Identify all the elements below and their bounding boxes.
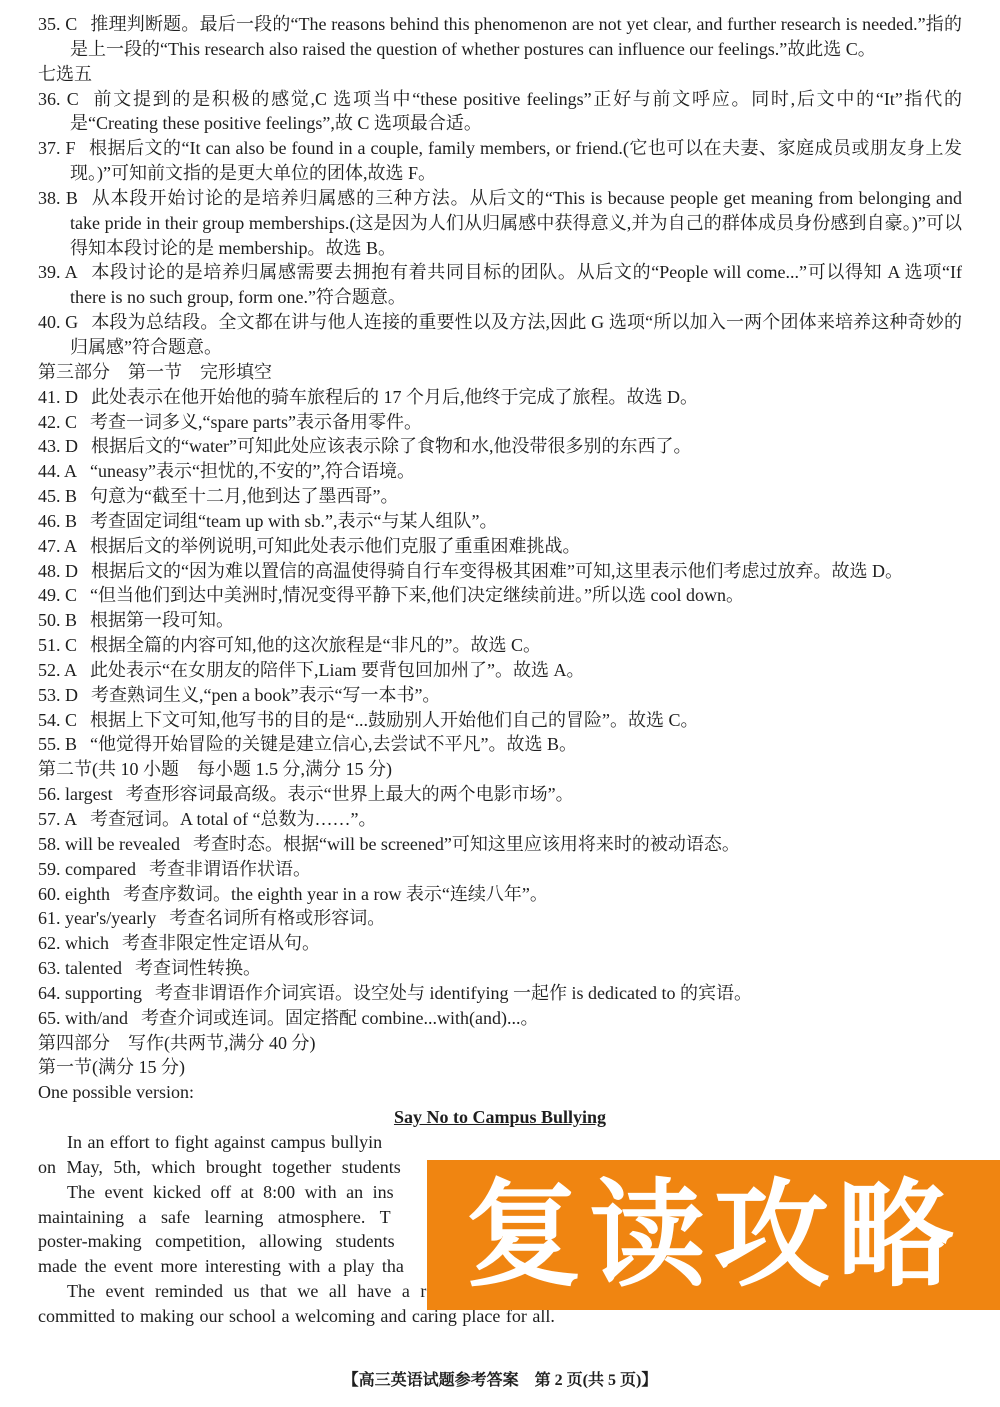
essay-title: Say No to Campus Bullying xyxy=(38,1105,962,1130)
answer-text: 根据后文的“因为难以置信的高温使得骑自行车变得极其困难”可知,这里表示他们考虑过… xyxy=(91,561,903,581)
answer-item: 48. D根据后文的“因为难以置信的高温使得骑自行车变得极其困难”可知,这里表示… xyxy=(38,559,962,584)
answer-text: 句意为“截至十二月,他到达了墨西哥”。 xyxy=(90,486,398,506)
essay-line: In an effort to fight against campus bul… xyxy=(38,1130,962,1155)
answer-label: 51. C xyxy=(38,635,77,655)
answer-label: 43. D xyxy=(38,436,78,456)
answer-label: 48. D xyxy=(38,561,78,581)
answer-text: 本段为总结段。全文都在讲与他人连接的重要性以及方法,因此 G 选项“所以加入一两… xyxy=(70,312,962,357)
answer-label: 38. B xyxy=(38,188,78,208)
answer-item: 36. C前文提到的是积极的感觉,C 选项当中“these positive f… xyxy=(38,87,962,137)
answer-text: 考查名词所有格或形容词。 xyxy=(169,908,385,928)
answer-item: 60. eighth考查序数词。the eighth year in a row… xyxy=(38,882,962,907)
answer-item: 45. B句意为“截至十二月,他到达了墨西哥”。 xyxy=(38,484,962,509)
answer-item: 46. B考查固定词组“team up with sb.”,表示“与某人组队”。 xyxy=(38,509,962,534)
answer-text: 推理判断题。最后一段的“The reasons behind this phen… xyxy=(70,14,962,59)
answer-text: 根据全篇的内容可知,他的这次旅程是“非凡的”。故选 C。 xyxy=(90,635,541,655)
answer-label: 62. which xyxy=(38,933,109,953)
answer-label: 45. B xyxy=(38,486,77,506)
answer-label: 42. C xyxy=(38,412,77,432)
answer-item: 35. C推理判断题。最后一段的“The reasons behind this… xyxy=(38,12,962,62)
answer-text: 前文提到的是积极的感觉,C 选项当中“these positive feelin… xyxy=(70,89,962,134)
section-heading: 第二节(共 10 小题 每小题 1.5 分,满分 15 分) xyxy=(38,757,962,782)
answer-label: 55. B xyxy=(38,734,77,754)
answer-label: 39. A xyxy=(38,262,78,282)
answer-text: 考查熟词生义,“pen a book”表示“写一本书”。 xyxy=(91,685,440,705)
answer-item: 49. C“但当他们到达中美洲时,情况变得平静下来,他们决定继续前进。”所以选 … xyxy=(38,583,962,608)
answer-label: 49. C xyxy=(38,585,77,605)
answer-item: 59. compared考查非谓语作状语。 xyxy=(38,857,962,882)
answer-text: 从本段开始讨论的是培养归属感的三种方法。从后文的“This is because… xyxy=(70,188,962,258)
answer-item: 47. A根据后文的举例说明,可知此处表示他们克服了重重困难挑战。 xyxy=(38,534,962,559)
page-footer: 【高三英语试题参考答案 第 2 页(共 5 页)】 xyxy=(0,1368,1000,1393)
answer-item: 50. B根据第一段可知。 xyxy=(38,608,962,633)
answer-label: 54. C xyxy=(38,710,77,730)
answer-item: 39. A本段讨论的是培养归属感需要去拥抱有着共同目标的团队。从后文的“Peop… xyxy=(38,260,962,310)
answer-label: 36. C xyxy=(38,89,79,109)
answer-item: 54. C根据上下文可知,他写书的目的是“...鼓励别人开始他们自己的冒险”。故… xyxy=(38,708,962,733)
answer-item: 61. year's/yearly考查名词所有格或形容词。 xyxy=(38,906,962,931)
answer-text: 考查形容词最高级。表示“世界上最大的两个电影市场”。 xyxy=(126,784,574,804)
answer-text: 本段讨论的是培养归属感需要去拥抱有着共同目标的团队。从后文的“People wi… xyxy=(70,262,962,307)
answer-item: 53. D考查熟词生义,“pen a book”表示“写一本书”。 xyxy=(38,683,962,708)
answer-text: 根据后文的“It can also be found in a couple, … xyxy=(70,138,962,183)
answer-item: 64. supporting考查非谓语作介词宾语。设空处与 identifyin… xyxy=(38,981,962,1006)
answer-text: 考查一词多义,“spare parts”表示备用零件。 xyxy=(90,412,422,432)
answer-label: 61. year's/yearly xyxy=(38,908,156,928)
answer-item: 44. A“uneasy”表示“担忧的,不安的”,符合语境。 xyxy=(38,459,962,484)
answer-label: 57. A xyxy=(38,809,77,829)
answer-item: 58. will be revealed考查时态。根据“will be scre… xyxy=(38,832,962,857)
answer-sheet-page: 35. C推理判断题。最后一段的“The reasons behind this… xyxy=(0,0,1000,1407)
content-lines: 35. C推理判断题。最后一段的“The reasons behind this… xyxy=(38,12,962,1105)
answer-text: “但当他们到达中美洲时,情况变得平静下来,他们决定继续前进。”所以选 cool … xyxy=(90,585,744,605)
essay-title-text: Say No to Campus Bullying xyxy=(394,1107,606,1127)
answer-item: 37. F根据后文的“It can also be found in a cou… xyxy=(38,136,962,186)
answer-item: 40. G本段为总结段。全文都在讲与他人连接的重要性以及方法,因此 G 选项“所… xyxy=(38,310,962,360)
answer-text: 考查词性转换。 xyxy=(135,958,261,978)
answer-label: 40. G xyxy=(38,312,78,332)
answer-text: 考查介词或连词。固定搭配 combine...with(and)...。 xyxy=(141,1008,538,1028)
answer-label: 64. supporting xyxy=(38,983,142,1003)
answer-text: “uneasy”表示“担忧的,不安的”,符合语境。 xyxy=(90,461,415,481)
answer-item: 43. D根据后文的“water”可知此处应该表示除了食物和水,他没带很多别的东… xyxy=(38,434,962,459)
answer-text: 考查非限定性定语从句。 xyxy=(122,933,320,953)
answer-item: 42. C考查一词多义,“spare parts”表示备用零件。 xyxy=(38,410,962,435)
answer-label: 56. largest xyxy=(38,784,113,804)
answer-item: 56. largest考查形容词最高级。表示“世界上最大的两个电影市场”。 xyxy=(38,782,962,807)
answer-label: 35. C xyxy=(38,14,77,34)
answer-text: 此处表示在他开始他的骑车旅程后的 17 个月后,他终于完成了旅程。故选 D。 xyxy=(91,387,698,407)
section-heading: 七选五 xyxy=(38,62,962,87)
answer-text: 考查序数词。the eighth year in a row 表示“连续八年”。 xyxy=(123,884,548,904)
answer-item: 51. C根据全篇的内容可知,他的这次旅程是“非凡的”。故选 C。 xyxy=(38,633,962,658)
answer-label: 37. F xyxy=(38,138,76,158)
answer-label: 47. A xyxy=(38,536,77,556)
answer-label: 46. B xyxy=(38,511,77,531)
answer-text: 考查时态。根据“will be screened”可知这里应该用将来时的被动语态… xyxy=(193,834,740,854)
answer-item: 41. D此处表示在他开始他的骑车旅程后的 17 个月后,他终于完成了旅程。故选… xyxy=(38,385,962,410)
answer-label: 52. A xyxy=(38,660,77,680)
answer-item: 65. with/and考查介词或连词。固定搭配 combine...with(… xyxy=(38,1006,962,1031)
answer-text: “他觉得开始冒险的关键是建立信心,去尝试不平凡”。故选 B。 xyxy=(90,734,577,754)
answer-item: 38. B从本段开始讨论的是培养归属感的三种方法。从后文的“This is be… xyxy=(38,186,962,261)
answer-label: 50. B xyxy=(38,610,77,630)
answer-item: 52. A此处表示“在女朋友的陪伴下,Liam 要背包回加州了”。故选 A。 xyxy=(38,658,962,683)
answer-text: 考查非谓语作状语。 xyxy=(149,859,311,879)
answer-text: 考查固定词组“team up with sb.”,表示“与某人组队”。 xyxy=(90,511,497,531)
answer-text: 根据后文的举例说明,可知此处表示他们克服了重重困难挑战。 xyxy=(90,536,581,556)
answer-label: 60. eighth xyxy=(38,884,110,904)
answer-label: 53. D xyxy=(38,685,78,705)
answer-label: 59. compared xyxy=(38,859,136,879)
answer-text: 考查冠词。A total of “总数为……”。 xyxy=(90,809,376,829)
answer-label: 44. A xyxy=(38,461,77,481)
answer-label: 41. D xyxy=(38,387,78,407)
section-heading: 第三部分 第一节 完形填空 xyxy=(38,360,962,385)
answer-text: 根据第一段可知。 xyxy=(90,610,234,630)
answer-item: 62. which考查非限定性定语从句。 xyxy=(38,931,962,956)
answer-text: 此处表示“在女朋友的陪伴下,Liam 要背包回加州了”。故选 A。 xyxy=(90,660,584,680)
answer-label: 63. talented xyxy=(38,958,122,978)
watermark-text: 复读攻略 xyxy=(466,1177,962,1293)
answer-item: 55. B“他觉得开始冒险的关键是建立信心,去尝试不平凡”。故选 B。 xyxy=(38,732,962,757)
answer-text: 考查非谓语作介词宾语。设空处与 identifying 一起作 is dedic… xyxy=(155,983,752,1003)
section-heading: One possible version: xyxy=(38,1080,962,1105)
section-heading: 第一节(满分 15 分) xyxy=(38,1055,962,1080)
answer-text: 根据上下文可知,他写书的目的是“...鼓励别人开始他们自己的冒险”。故选 C。 xyxy=(90,710,698,730)
answer-label: 58. will be revealed xyxy=(38,834,180,854)
section-heading: 第四部分 写作(共两节,满分 40 分) xyxy=(38,1031,962,1056)
answer-text: 根据后文的“water”可知此处应该表示除了食物和水,他没带很多别的东西了。 xyxy=(91,436,691,456)
answer-label: 65. with/and xyxy=(38,1008,128,1028)
answer-item: 63. talented考查词性转换。 xyxy=(38,956,962,981)
answer-item: 57. A考查冠词。A total of “总数为……”。 xyxy=(38,807,962,832)
document-body: 35. C推理判断题。最后一段的“The reasons behind this… xyxy=(38,12,962,1329)
watermark-overlay: 复读攻略 xyxy=(427,1160,1000,1310)
